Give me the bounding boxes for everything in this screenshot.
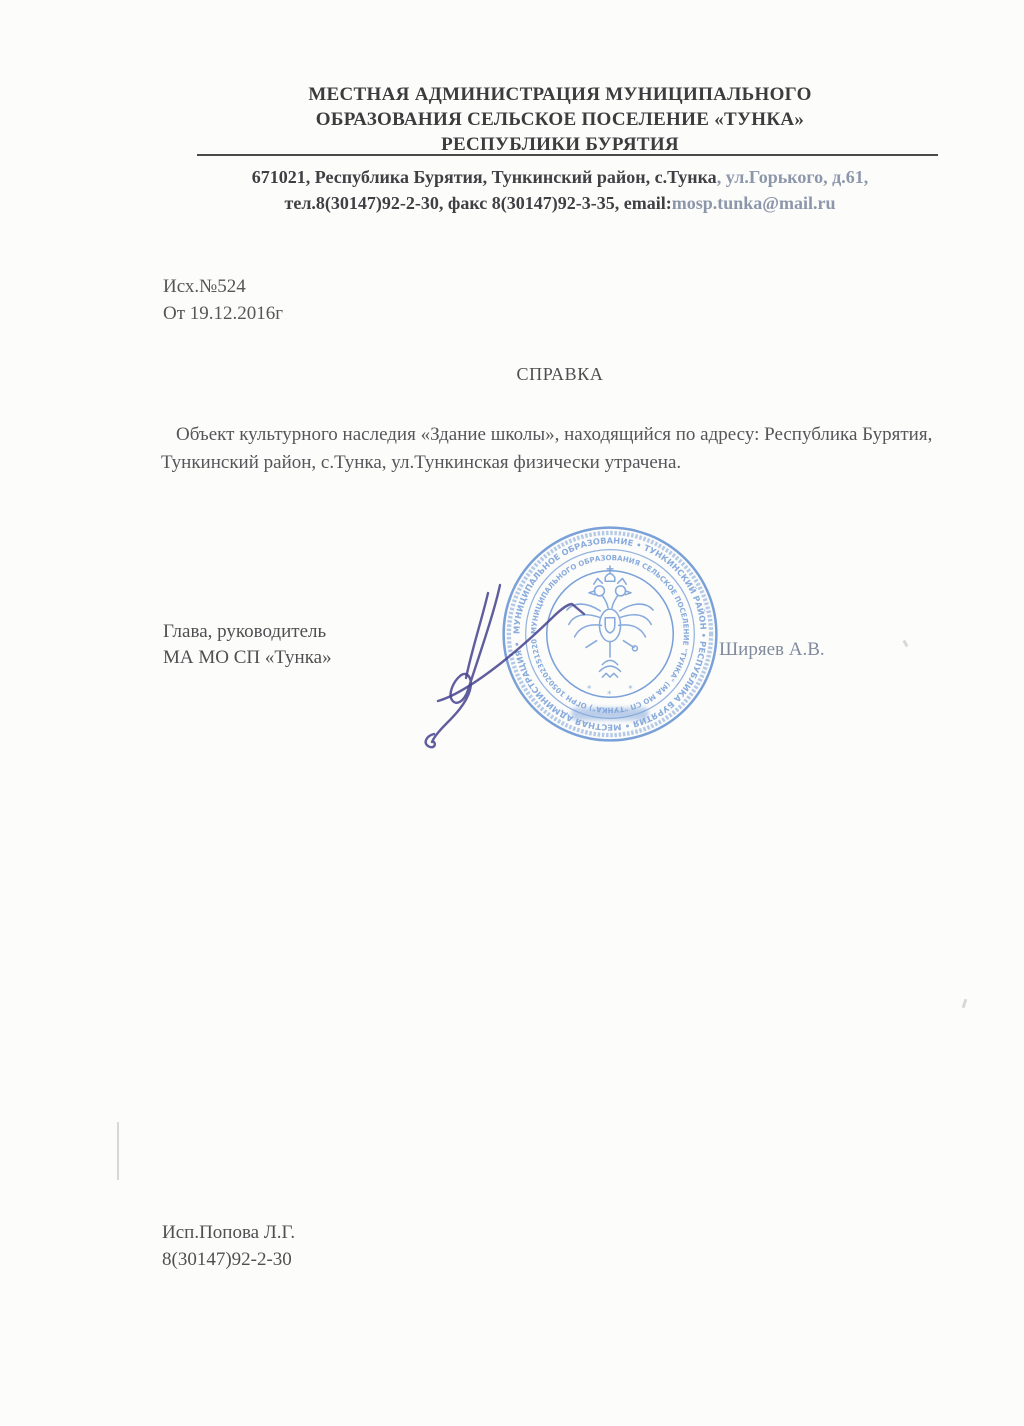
signer-name: Ширяев А.В. (719, 639, 825, 661)
reference-block: Исх.№524 От 19.12.2016г (163, 273, 283, 327)
org-name-line1: МЕСТНАЯ АДМИНИСТРАЦИЯ МУНИЦИПАЛЬНОГО (150, 82, 970, 107)
handwritten-signature (408, 553, 618, 758)
signer-post-line2: МА МО СП «Тунка» (163, 645, 332, 671)
contacts-line: тел.8(30147)92-2-30, факс 8(30147)92-3-3… (150, 190, 970, 216)
letterhead: МЕСТНАЯ АДМИНИСТРАЦИЯ МУНИЦИПАЛЬНОГО ОБР… (150, 82, 970, 216)
address-main: 671021, Республика Бурятия, Тункинский р… (252, 167, 717, 187)
svg-text:*: * (628, 685, 633, 695)
scanned-document-page: МЕСТНАЯ АДМИНИСТРАЦИЯ МУНИЦИПАЛЬНОГО ОБР… (0, 0, 1024, 1426)
contacts-main: тел.8(30147)92-2-30, факс 8(30147)92-3-3… (284, 193, 671, 213)
executor-block: Исп.Попова Л.Г. 8(30147)92-2-30 (162, 1219, 295, 1273)
executor-name: Исп.Попова Л.Г. (162, 1219, 295, 1246)
outgoing-number: Исх.№524 (163, 273, 283, 300)
signer-post-line1: Глава, руководитель (163, 619, 332, 645)
letterhead-divider (197, 154, 938, 156)
contacts-faded: mosp.tunka@mail.ru (672, 193, 836, 213)
document-date: От 19.12.2016г (163, 300, 283, 327)
scan-artifact (117, 1122, 119, 1180)
scan-artifact (903, 640, 909, 648)
address-line: 671021, Республика Бурятия, Тункинский р… (150, 164, 970, 190)
letterhead-contacts: 671021, Республика Бурятия, Тункинский р… (150, 164, 970, 216)
signer-post-block: Глава, руководитель МА МО СП «Тунка» (163, 619, 332, 671)
address-faded: , ул.Горького, д.61, (717, 167, 869, 187)
executor-phone: 8(30147)92-2-30 (162, 1246, 295, 1273)
body-paragraph: Объект культурного наследия «Здание школ… (161, 421, 939, 476)
scan-artifact (962, 999, 968, 1008)
document-title: СПРАВКА (150, 364, 970, 385)
org-name-line2: ОБРАЗОВАНИЯ СЕЛЬСКОЕ ПОСЕЛЕНИЕ «ТУНКА» (150, 107, 970, 132)
